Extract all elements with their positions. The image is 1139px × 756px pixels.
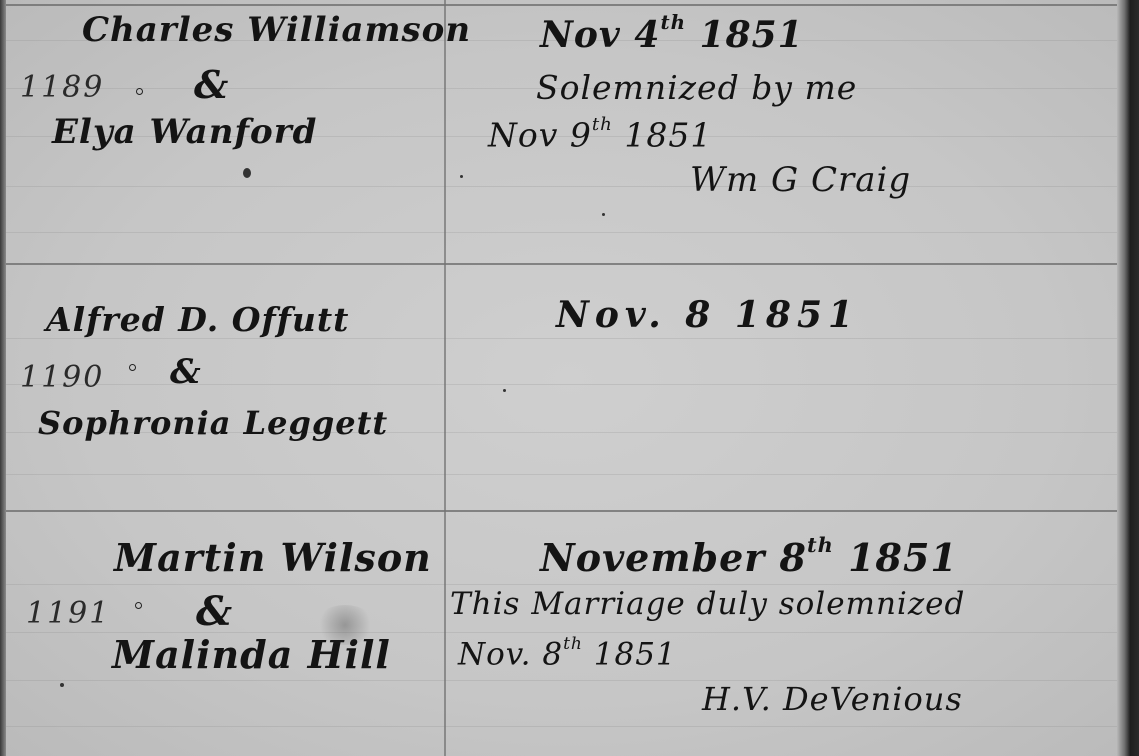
- solemnized-text: Solemnized by me: [536, 68, 857, 107]
- register-mark: [136, 88, 143, 95]
- groom-name: Martin Wilson: [114, 535, 432, 580]
- column-divider: [444, 0, 446, 756]
- ruled-line: [6, 186, 1117, 187]
- license-date: November 8th 1851: [540, 532, 958, 580]
- register-mark: [129, 364, 136, 371]
- page-edge: [1117, 0, 1139, 756]
- register-mark: [135, 602, 142, 609]
- ampersand: &: [196, 588, 233, 635]
- ruled-line: [6, 232, 1117, 233]
- ink-blot: [243, 168, 251, 178]
- groom-name: Charles Williamson: [82, 10, 471, 50]
- ruled-line: [6, 584, 1117, 585]
- speck: [60, 683, 64, 687]
- solemnized-date: Nov 9th 1851: [488, 114, 712, 154]
- officiant-signature: Wm G Craig: [690, 160, 911, 200]
- speck: [460, 175, 463, 178]
- row-divider-1: [6, 263, 1117, 265]
- ampersand: &: [194, 62, 229, 107]
- groom-name: Alfred D. Offutt: [46, 300, 349, 339]
- ink-smudge: [315, 605, 375, 645]
- speck: [602, 213, 605, 216]
- bride-name: Elya Wanford: [52, 112, 317, 152]
- row-divider-top: [6, 4, 1117, 6]
- speck: [503, 389, 506, 392]
- ruled-line: [6, 726, 1117, 727]
- solemnized-text: This Marriage duly solemnized: [450, 586, 965, 622]
- entry-number: 1191: [26, 596, 110, 631]
- license-date: Nov. 8 1851: [556, 294, 859, 336]
- row-divider-2: [6, 510, 1117, 512]
- license-date: Nov 4th 1851: [540, 10, 804, 56]
- officiant-signature: H.V. DeVenious: [702, 680, 963, 718]
- ruled-line: [6, 474, 1117, 475]
- solemnized-date: Nov. 8th 1851: [458, 634, 677, 672]
- binding-edge: [0, 0, 6, 756]
- register-page: Charles Williamson 1189 & Elya Wanford N…: [0, 0, 1139, 756]
- ampersand: &: [170, 352, 202, 392]
- entry-number: 1189: [20, 70, 104, 105]
- entry-number: 1190: [20, 360, 104, 395]
- bride-name: Sophronia Leggett: [38, 404, 388, 442]
